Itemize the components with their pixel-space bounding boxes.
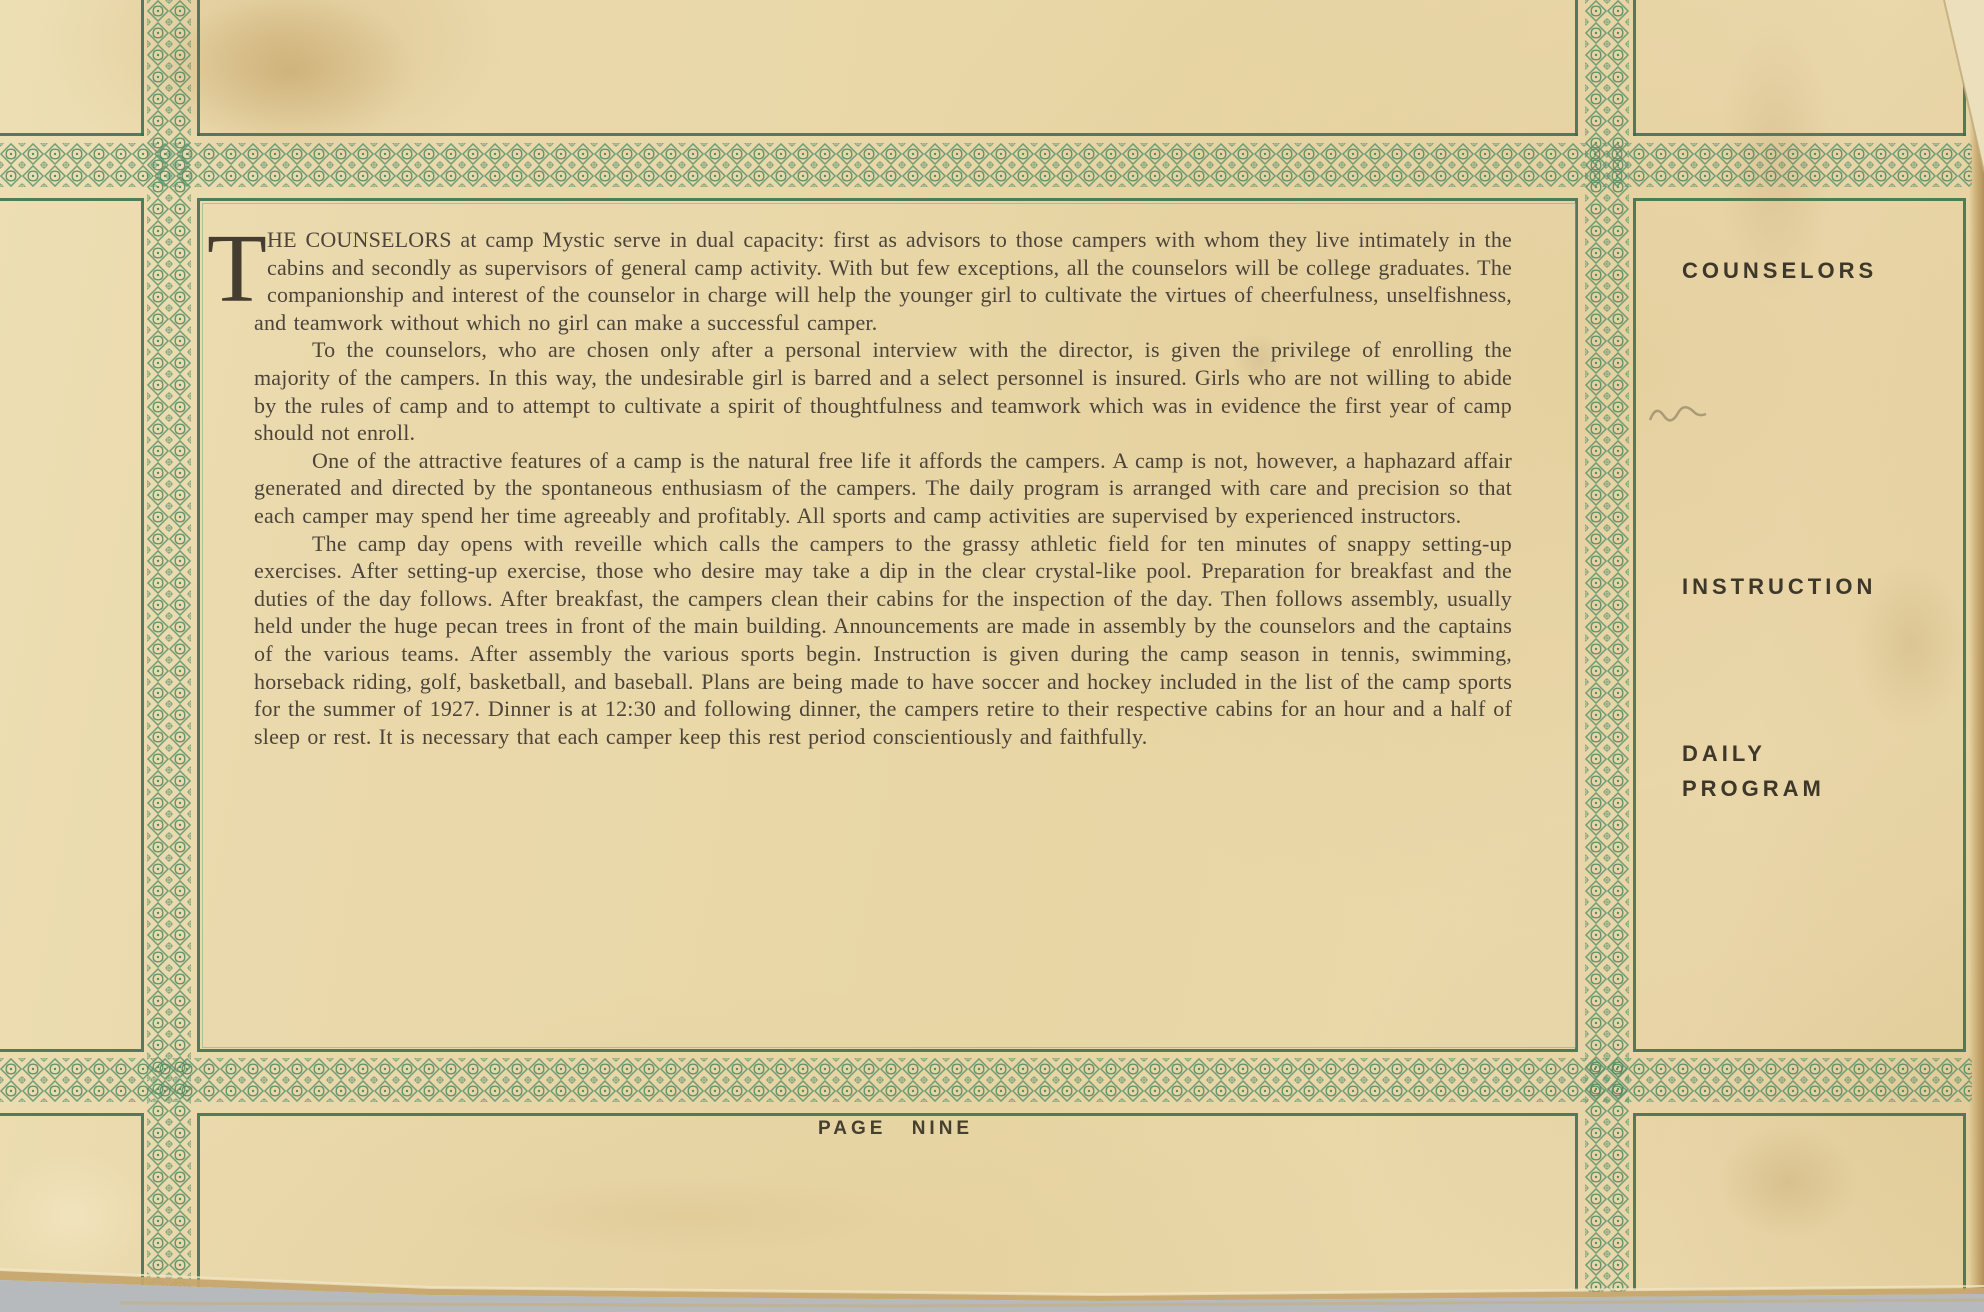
margin-label-daily-line1: DAILY [1682,736,1825,771]
grid-rule [197,133,1578,136]
grid-rule [1633,1049,1966,1052]
grid-rule [1963,0,1966,136]
grid-rule [1633,0,1636,136]
grid-rule [1575,0,1578,136]
grid-rule [197,1049,1578,1052]
grid-rule [0,1049,144,1052]
grid-rule [0,1113,144,1116]
grid-rule [141,1116,144,1290]
grid-rule [141,0,144,136]
grid-rule [1633,133,1966,136]
body-paragraph: One of the attractive features of a camp… [254,447,1512,530]
grid-rule [1963,201,1966,1049]
grid-rule [1963,1116,1966,1290]
paragraph-text: HE COUNSELORS at camp Mystic serve in du… [254,227,1512,335]
drop-cap-letter: T [207,230,267,308]
grid-rule [1633,1116,1636,1290]
body-paragraph: To the counselors, who are chosen only a… [254,336,1512,446]
grid-rule [141,201,144,1049]
page-number-label: PAGE NINE [818,1118,973,1140]
ornament-band-bottom [0,1058,1972,1102]
grid-rule [1633,198,1966,201]
grid-rule [197,0,200,136]
grid-rule [1633,1113,1966,1116]
scanned-page: THE COUNSELORS at camp Mystic serve in d… [0,0,1984,1312]
margin-label-daily-line2: PROGRAM [1682,771,1825,806]
page-edge-right [1969,0,1984,1296]
grid-rule [1633,201,1636,1049]
grid-rule [197,1113,1578,1116]
article-text-block: THE COUNSELORS at camp Mystic serve in d… [254,226,1512,750]
ornament-band-top [0,143,1972,187]
margin-label-instruction: INSTRUCTION [1682,574,1876,600]
grid-rule [0,198,144,201]
margin-label-counselors: COUNSELORS [1682,258,1877,284]
margin-label-daily-program: DAILY PROGRAM [1682,736,1825,806]
grid-rule [197,201,200,1049]
grid-rule [197,198,1578,201]
body-paragraph: The camp day opens with reveille which c… [254,530,1512,751]
grid-rule [197,1116,200,1290]
grid-rule [0,133,144,136]
grid-rule [1575,1116,1578,1290]
body-paragraph: THE COUNSELORS at camp Mystic serve in d… [254,226,1512,336]
